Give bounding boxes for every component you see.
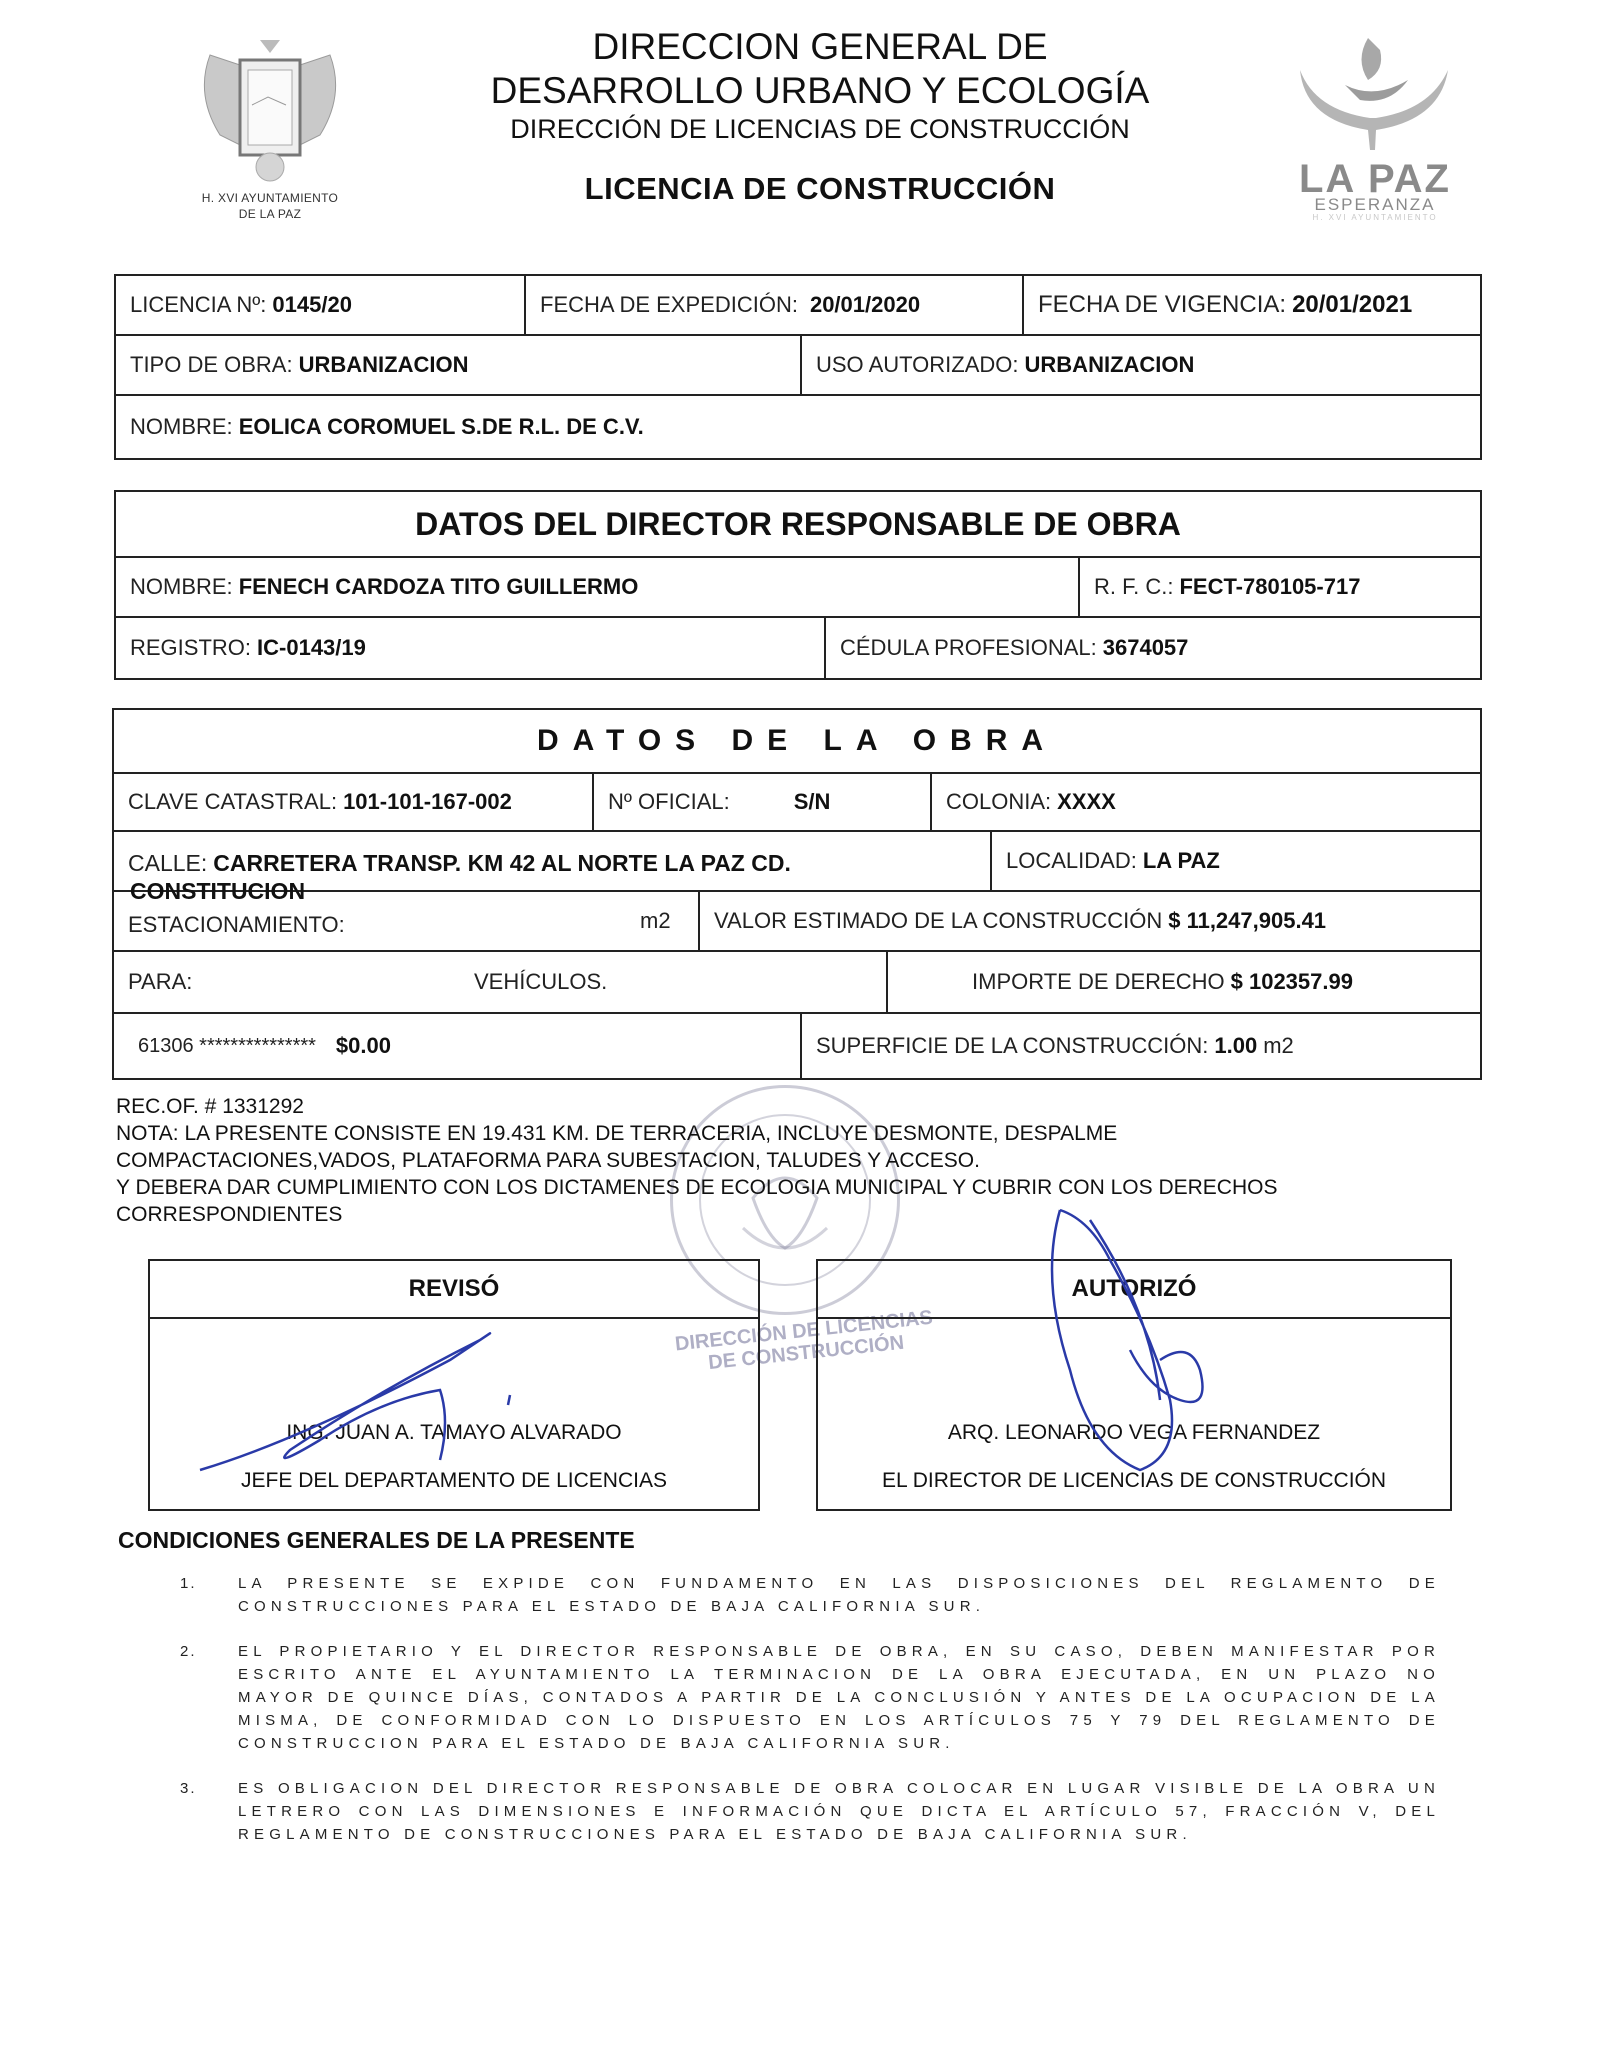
license-row-1: LICENCIA Nº: 0145/20 FECHA DE EXPEDICIÓN… — [116, 276, 1480, 336]
official-number-value: S/N — [794, 789, 831, 815]
official-number-cell: Nº OFICIAL: S/N — [592, 774, 930, 830]
condition-item: 1. LA PRESENTE SE EXPIDE CON FUNDAMENTO … — [180, 1572, 1440, 1618]
issue-date-cell: FECHA DE EXPEDICIÓN: 20/01/2020 — [524, 276, 1022, 334]
work-type-value: URBANIZACION — [299, 352, 469, 378]
coat-of-arms-logo — [190, 35, 350, 185]
work-row-4: PARA: VEHÍCULOS. IMPORTE DE DERECHO $ 10… — [114, 952, 1480, 1014]
condition-text: LA PRESENTE SE EXPIDE CON FUNDAMENTO EN … — [238, 1575, 1440, 1615]
issue-date-label: FECHA DE EXPEDICIÓN: — [540, 292, 798, 318]
authorizer-role: EL DIRECTOR DE LICENCIAS DE CONSTRUCCIÓN — [818, 1469, 1450, 1493]
work-row-1: CLAVE CATASTRAL: 101-101-167-002 Nº OFIC… — [114, 774, 1480, 832]
surface-value: 1.00 — [1214, 1033, 1257, 1059]
license-number-cell: LICENCIA Nº: 0145/20 — [116, 276, 524, 334]
caption-line-2: DE LA PAZ — [150, 206, 390, 222]
purpose-label: PARA: — [128, 969, 192, 995]
reviewer-role: JEFE DEL DEPARTAMENTO DE LICENCIAS — [150, 1469, 758, 1493]
surface-cell: SUPERFICIE DE LA CONSTRUCCIÓN: 1.00 m2 — [800, 1014, 1480, 1078]
parking-label: ESTACIONAMIENTO: — [128, 912, 345, 938]
note-line-4: CORRESPONDIENTES — [116, 1201, 1496, 1228]
registry-cell: REGISTRO: IC-0143/19 — [116, 618, 824, 678]
license-row-3: NOMBRE: EOLICA COROMUEL S.DE R.L. DE C.V… — [116, 396, 1480, 458]
license-number-label: LICENCIA Nº: — [130, 292, 266, 318]
rfc-label: R. F. C.: — [1094, 574, 1173, 600]
logo-subtext: H. XVI AYUNTAMIENTO — [1290, 213, 1460, 222]
director-row-2: REGISTRO: IC-0143/19 CÉDULA PROFESIONAL:… — [116, 618, 1480, 678]
owner-name-cell: NOMBRE: EOLICA COROMUEL S.DE R.L. DE C.V… — [116, 396, 1480, 458]
registry-label: REGISTRO: — [130, 635, 251, 661]
header-titles: DIRECCION GENERAL DE DESARROLLO URBANO Y… — [400, 25, 1240, 207]
title-line-1: DIRECCION GENERAL DE — [400, 25, 1240, 69]
work-row-3: ESTACIONAMIENTO: m2 VALOR ESTIMADO DE LA… — [114, 892, 1480, 952]
estimated-value-label: VALOR ESTIMADO DE LA CONSTRUCCIÓN — [714, 908, 1162, 934]
validity-date-label: FECHA DE VIGENCIA: — [1038, 291, 1286, 319]
work-type-label: TIPO DE OBRA: — [130, 352, 293, 378]
estimated-value-cell: VALOR ESTIMADO DE LA CONSTRUCCIÓN $ 11,2… — [698, 892, 1480, 950]
coat-of-arms-icon — [190, 35, 350, 185]
validity-date-cell: FECHA DE VIGENCIA: 20/01/2021 — [1022, 276, 1480, 334]
street-value: CARRETERA TRANSP. KM 42 AL NORTE LA PAZ … — [213, 850, 791, 877]
professional-id-label: CÉDULA PROFESIONAL: — [840, 635, 1097, 661]
reviewer-name: ING. JUAN A. TAMAYO ALVARADO — [150, 1421, 758, 1445]
title-line-2: DESARROLLO URBANO Y ECOLOGÍA — [400, 69, 1240, 113]
receipt-code-cell: 61306 *************** $0.00 — [114, 1014, 800, 1078]
fee-amount-label: IMPORTE DE DERECHO — [972, 969, 1225, 995]
locality-label: LOCALIDAD: — [1006, 848, 1137, 874]
director-info-table: DATOS DEL DIRECTOR RESPONSABLE DE OBRA N… — [114, 490, 1482, 680]
brand-text: LA PAZ — [1290, 161, 1460, 197]
document-title: LICENCIA DE CONSTRUCCIÓN — [400, 171, 1240, 207]
condition-item: 2. EL PROPIETARIO Y EL DIRECTOR RESPONSA… — [180, 1640, 1440, 1755]
conditions-list: 1. LA PRESENTE SE EXPIDE CON FUNDAMENTO … — [180, 1572, 1440, 1868]
director-name-label: NOMBRE: — [130, 574, 233, 600]
title-line-3: DIRECCIÓN DE LICENCIAS DE CONSTRUCCIÓN — [400, 113, 1240, 145]
condition-number: 1. — [180, 1572, 197, 1595]
note-line-1: NOTA: LA PRESENTE CONSISTE EN 19.431 KM.… — [116, 1120, 1496, 1147]
fee-amount-value: $ 102357.99 — [1231, 969, 1353, 995]
locality-value: LA PAZ — [1143, 848, 1220, 874]
note-line-3: Y DEBERA DAR CUMPLIMIENTO CON LOS DICTAM… — [116, 1174, 1496, 1201]
notes-block: REC.OF. # 1331292 NOTA: LA PRESENTE CONS… — [116, 1093, 1496, 1228]
owner-name-value: EOLICA COROMUEL S.DE R.L. DE C.V. — [239, 414, 644, 440]
locality-cell: LOCALIDAD: LA PAZ — [990, 832, 1480, 890]
la-paz-hands-dove-logo-icon — [1290, 30, 1460, 150]
estimated-value-value: $ 11,247,905.41 — [1168, 908, 1326, 934]
authorized-use-cell: USO AUTORIZADO: URBANIZACION — [800, 336, 1480, 394]
cadastral-key-label: CLAVE CATASTRAL: — [128, 789, 337, 815]
neighborhood-cell: COLONIA: XXXX — [930, 774, 1480, 830]
rfc-cell: R. F. C.: FECT-780105-717 — [1078, 558, 1480, 616]
condition-number: 2. — [180, 1640, 197, 1663]
director-section-title: DATOS DEL DIRECTOR RESPONSABLE DE OBRA — [116, 492, 1480, 558]
neighborhood-label: COLONIA: — [946, 789, 1051, 815]
owner-name-label: NOMBRE: — [130, 414, 233, 440]
condition-text: ES OBLIGACION DEL DIRECTOR RESPONSABLE D… — [238, 1780, 1440, 1843]
fee-amount-cell: IMPORTE DE DERECHO $ 102357.99 — [886, 952, 1480, 1012]
work-row-5: 61306 *************** $0.00 SUPERFICIE D… — [114, 1014, 1480, 1078]
caption-line-1: H. XVI AYUNTAMIENTO — [150, 190, 390, 206]
surface-unit: m2 — [1263, 1033, 1294, 1059]
professional-id-value: 3674057 — [1103, 635, 1189, 661]
municipality-caption: H. XVI AYUNTAMIENTO DE LA PAZ — [150, 190, 390, 222]
director-name-cell: NOMBRE: FENECH CARDOZA TITO GUILLERMO — [116, 558, 1078, 616]
condition-text: EL PROPIETARIO Y EL DIRECTOR RESPONSABLE… — [238, 1643, 1440, 1752]
license-info-table: LICENCIA Nº: 0145/20 FECHA DE EXPEDICIÓN… — [114, 274, 1482, 460]
reviewed-by-box: REVISÓ ING. JUAN A. TAMAYO ALVARADO JEFE… — [148, 1259, 760, 1511]
work-row-2: CALLE: CARRETERA TRANSP. KM 42 AL NORTE … — [114, 832, 1480, 892]
authorized-use-label: USO AUTORIZADO: — [816, 352, 1019, 378]
receipt-code-value: $0.00 — [336, 1033, 391, 1059]
tagline-text: ESPERANZA — [1290, 197, 1460, 213]
street-label: CALLE: — [128, 850, 207, 877]
validity-date-value: 20/01/2021 — [1292, 291, 1412, 319]
receipt-number: REC.OF. # 1331292 — [116, 1093, 1496, 1120]
la-paz-logo: LA PAZ ESPERANZA H. XVI AYUNTAMIENTO — [1290, 30, 1460, 220]
license-row-2: TIPO DE OBRA: URBANIZACION USO AUTORIZAD… — [116, 336, 1480, 396]
condition-item: 3. ES OBLIGACION DEL DIRECTOR RESPONSABL… — [180, 1777, 1440, 1846]
receipt-code-label: 61306 *************** — [138, 1035, 316, 1058]
purpose-cell: PARA: VEHÍCULOS. — [114, 952, 886, 1012]
authorizer-name: ARQ. LEONARDO VEGA FERNANDEZ — [818, 1421, 1450, 1445]
condition-number: 3. — [180, 1777, 197, 1800]
parking-unit: m2 — [640, 908, 671, 934]
parking-cell: ESTACIONAMIENTO: m2 — [114, 892, 698, 950]
note-line-2: COMPACTACIONES,VADOS, PLATAFORMA PARA SU… — [116, 1147, 1496, 1174]
authorized-by-box: AUTORIZÓ ARQ. LEONARDO VEGA FERNANDEZ EL… — [816, 1259, 1452, 1511]
registry-value: IC-0143/19 — [257, 635, 366, 661]
conditions-title: CONDICIONES GENERALES DE LA PRESENTE — [118, 1527, 635, 1554]
surface-label: SUPERFICIE DE LA CONSTRUCCIÓN: — [816, 1033, 1208, 1059]
cadastral-key-value: 101-101-167-002 — [343, 789, 512, 815]
rfc-value: FECT-780105-717 — [1179, 574, 1360, 600]
director-name-value: FENECH CARDOZA TITO GUILLERMO — [239, 574, 639, 600]
work-info-table: DATOS DE LA OBRA CLAVE CATASTRAL: 101-10… — [112, 708, 1482, 1080]
professional-id-cell: CÉDULA PROFESIONAL: 3674057 — [824, 618, 1480, 678]
reviewed-by-heading: REVISÓ — [150, 1261, 758, 1319]
official-number-label: Nº OFICIAL: — [608, 789, 730, 815]
authorized-use-value: URBANIZACION — [1025, 352, 1195, 378]
cadastral-key-cell: CLAVE CATASTRAL: 101-101-167-002 — [114, 774, 592, 830]
work-type-cell: TIPO DE OBRA: URBANIZACION — [116, 336, 800, 394]
work-section-title: DATOS DE LA OBRA — [114, 710, 1480, 774]
purpose-value: VEHÍCULOS. — [474, 969, 607, 995]
director-row-1: NOMBRE: FENECH CARDOZA TITO GUILLERMO R.… — [116, 558, 1480, 618]
neighborhood-value: XXXX — [1057, 789, 1116, 815]
license-number-value: 0145/20 — [272, 292, 352, 318]
authorized-by-heading: AUTORIZÓ — [818, 1261, 1450, 1319]
issue-date-value: 20/01/2020 — [810, 292, 920, 318]
